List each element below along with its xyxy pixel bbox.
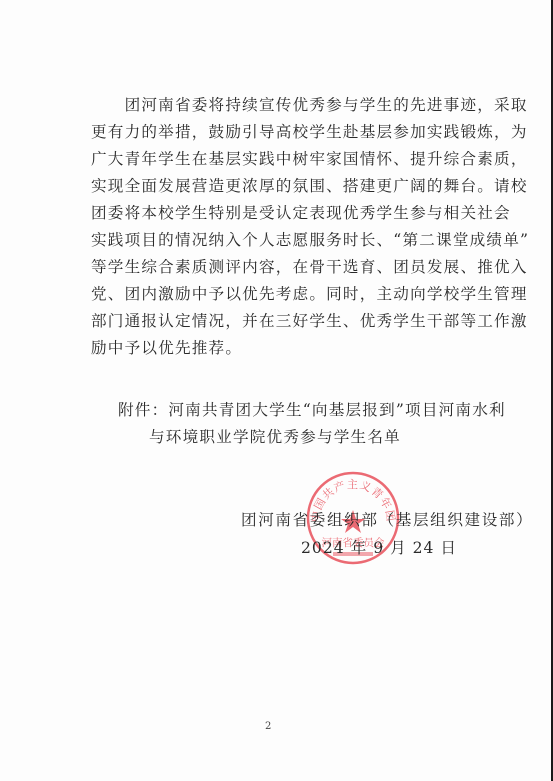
body-line: 实践项目的情况纳入个人志愿服务时长、“第二课堂成绩单” bbox=[91, 227, 469, 254]
signature-date: 2024 年 9 月 24 日 bbox=[301, 536, 457, 558]
body-line: 广大青年学生在基层实践中树牢家国情怀、提升综合素质， bbox=[91, 146, 469, 173]
attachment-line-1: 附件：河南共青团大学生“向基层报到”项目河南水利 bbox=[118, 397, 506, 424]
attachment-line-2: 与环境职业学院优秀参与学生名单 bbox=[118, 424, 506, 451]
body-line: 团委将本校学生特别是受认定表现优秀学生参与相关社会 bbox=[91, 200, 469, 227]
body-paragraph: 团河南省委将持续宣传优秀参与学生的先进事迹，采取 更有力的举措，鼓励引导高校学生… bbox=[91, 92, 469, 362]
body-line: 等学生综合素质测评内容，在骨干选育、团员发展、推优入 bbox=[91, 254, 469, 281]
attachment-note: 附件：河南共青团大学生“向基层报到”项目河南水利 与环境职业学院优秀参与学生名单 bbox=[118, 397, 506, 451]
body-line: 更有力的举措，鼓励引导高校学生赴基层参加实践锻炼，为 bbox=[91, 119, 469, 146]
body-line: 实现全面发展营造更浓厚的氛围、搭建更广阔的舞台。请校 bbox=[91, 173, 469, 200]
body-line: 党、团内激励中予以优先考虑。同时，主动向学校学生管理 bbox=[91, 281, 469, 308]
body-line: 励中予以优先推荐。 bbox=[91, 335, 469, 362]
page-number: 2 bbox=[265, 721, 271, 732]
body-line: 部门通报认定情况，并在三好学生、优秀学生干部等工作激 bbox=[91, 308, 469, 335]
signature-organization: 团河南省委组织部（基层组织建设部） bbox=[241, 508, 533, 530]
document-page: 团河南省委将持续宣传优秀参与学生的先进事迹，采取 更有力的举措，鼓励引导高校学生… bbox=[0, 0, 553, 781]
body-line: 团河南省委将持续宣传优秀参与学生的先进事迹，采取 bbox=[91, 92, 469, 119]
